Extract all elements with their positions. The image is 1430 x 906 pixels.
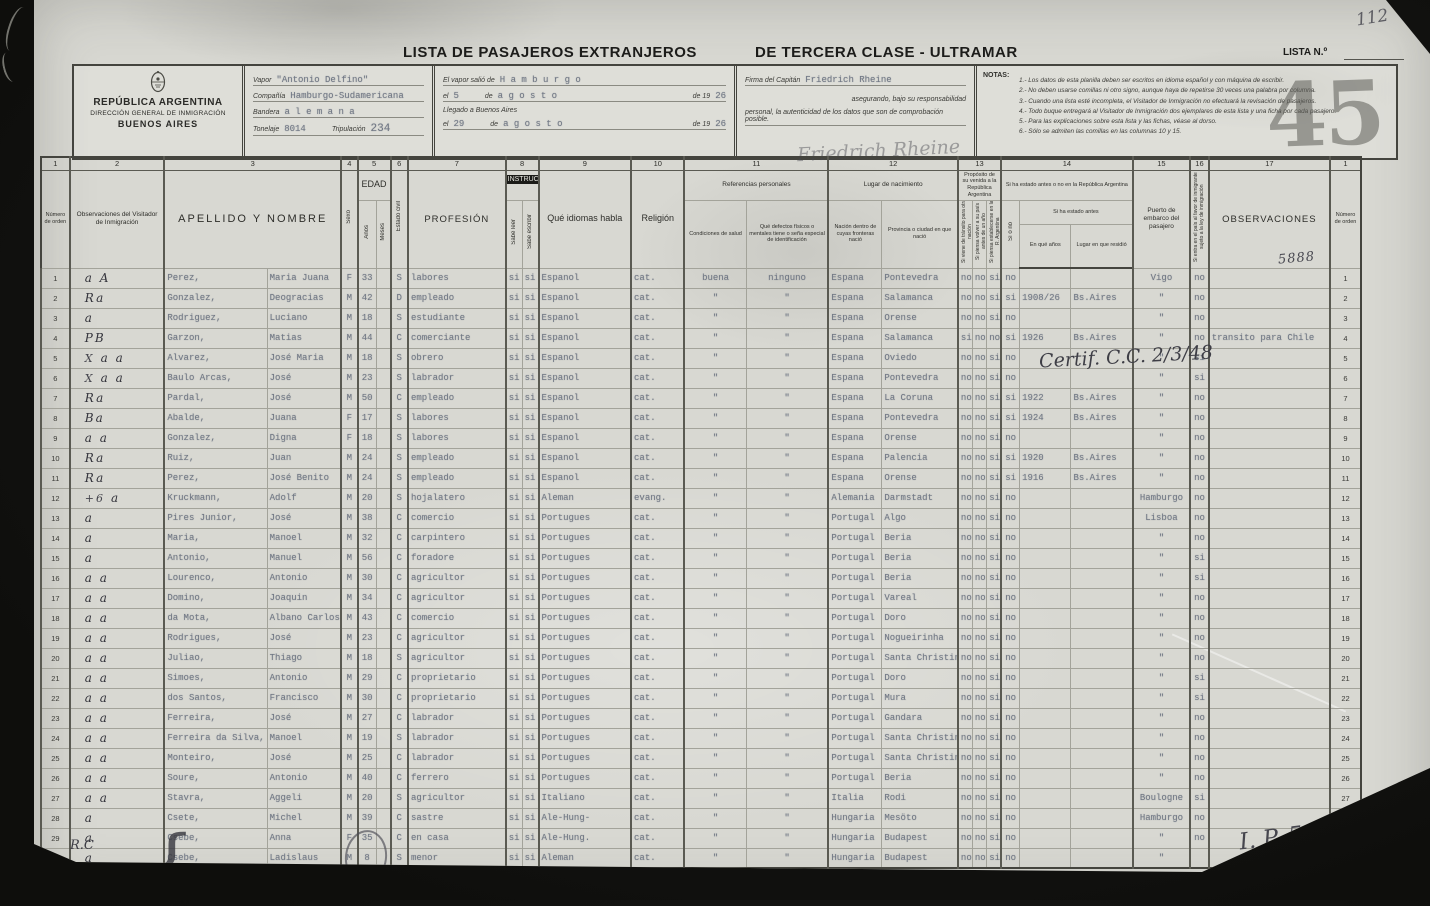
cell-hl: " bbox=[684, 768, 746, 788]
order-number: 8 bbox=[1330, 408, 1361, 428]
cell-pt: " bbox=[1133, 448, 1191, 468]
cell-mo bbox=[376, 328, 390, 348]
cell-ob bbox=[1209, 768, 1330, 788]
cell-hl: " bbox=[684, 748, 746, 768]
cell-im: no bbox=[1190, 508, 1209, 528]
cell-df: " bbox=[746, 448, 828, 468]
header-nacion: Nación dentro de cuyas fronteras nació bbox=[828, 200, 881, 268]
cell-ld: si bbox=[506, 768, 522, 788]
cell-lu: Bs.Aires bbox=[1071, 288, 1133, 308]
cell-gn: Antonio bbox=[267, 568, 341, 588]
cell-wr: si bbox=[522, 608, 538, 628]
cell-sn: Antonio, bbox=[164, 548, 267, 568]
cell-yr: 34 bbox=[358, 588, 377, 608]
cell-df: " bbox=[746, 368, 828, 388]
cell-pv: Budapest bbox=[882, 848, 958, 868]
cell-ob bbox=[1209, 848, 1330, 868]
visitor-premark: X bbox=[85, 352, 95, 365]
visitor-mark: a A bbox=[70, 268, 165, 288]
cell-pt: " bbox=[1133, 288, 1191, 308]
cell-pf: proprietario bbox=[408, 688, 506, 708]
cell-ya: 1908/26 bbox=[1020, 288, 1071, 308]
cell-wr: si bbox=[522, 448, 538, 468]
cell-ld: si bbox=[506, 528, 522, 548]
document-title-bar: LISTA DE PASAJEROS EXTRANJEROS DE TERCER… bbox=[34, 44, 1430, 64]
cell-pt: " bbox=[1133, 568, 1191, 588]
cell-im: si bbox=[1190, 548, 1209, 568]
cell-pv: Santa Christina bbox=[882, 748, 958, 768]
cell-pf: sastre bbox=[408, 808, 506, 828]
cell-be: no bbox=[1001, 708, 1020, 728]
cell-p1: no bbox=[958, 588, 972, 608]
visitor-mark: Ra bbox=[70, 388, 165, 408]
bandera-label: Bandera bbox=[253, 109, 279, 116]
order-number: 11 bbox=[41, 468, 70, 488]
cell-ya bbox=[1020, 748, 1071, 768]
cell-wr: si bbox=[522, 348, 538, 368]
cell-ob bbox=[1209, 748, 1330, 768]
order-number: 22 bbox=[41, 688, 70, 708]
cell-wr: si bbox=[522, 308, 538, 328]
visitor-mark: a a bbox=[70, 668, 165, 688]
cell-df: " bbox=[746, 828, 828, 848]
cell-lg: Portugues bbox=[539, 608, 632, 628]
cell-pt: " bbox=[1133, 728, 1191, 748]
order-number: 14 bbox=[1330, 528, 1361, 548]
cell-hl: " bbox=[684, 428, 746, 448]
visitor-mark: Ba bbox=[70, 408, 165, 428]
order-number: 16 bbox=[1330, 568, 1361, 588]
cell-sn: Perez, bbox=[164, 468, 267, 488]
cell-df: " bbox=[746, 408, 828, 428]
cell-sx: M bbox=[341, 388, 357, 408]
cell-ob bbox=[1209, 548, 1330, 568]
cell-sn: Alvarez, bbox=[164, 348, 267, 368]
cell-be: si bbox=[1001, 408, 1020, 428]
cell-p2: no bbox=[972, 688, 986, 708]
cell-rl: cat. bbox=[631, 428, 684, 448]
header-transito: Si viene de tránsito para otra nación bbox=[958, 200, 972, 268]
order-number: 27 bbox=[41, 788, 70, 808]
order-number: 25 bbox=[1330, 748, 1361, 768]
cell-hl: " bbox=[684, 328, 746, 348]
cell-mo bbox=[376, 808, 390, 828]
cell-p2: no bbox=[972, 768, 986, 788]
cell-wr: si bbox=[522, 288, 538, 308]
cell-mo bbox=[376, 768, 390, 788]
order-number: 25 bbox=[41, 748, 70, 768]
cell-pt: " bbox=[1133, 628, 1191, 648]
cell-rl: evang. bbox=[631, 488, 684, 508]
cell-lu bbox=[1071, 608, 1133, 628]
cell-pf: proprietario bbox=[408, 668, 506, 688]
cell-p3: si bbox=[987, 528, 1001, 548]
cell-ld: si bbox=[506, 368, 522, 388]
title-right: DE TERCERA CLASE - ULTRAMAR bbox=[755, 44, 1018, 61]
cell-gn: Anna bbox=[267, 828, 341, 848]
cell-rl: cat. bbox=[631, 708, 684, 728]
cell-hl: " bbox=[684, 588, 746, 608]
cell-hl: " bbox=[684, 348, 746, 368]
cell-pt: " bbox=[1133, 768, 1191, 788]
cell-rl: cat. bbox=[631, 368, 684, 388]
cell-ya bbox=[1020, 648, 1071, 668]
cell-ob bbox=[1209, 728, 1330, 748]
passenger-row: 9a aGonzalez,DignaF18SlaboressisiEspanol… bbox=[41, 428, 1361, 448]
firma-label: Firma del Capitán bbox=[745, 77, 800, 84]
cell-sx: M bbox=[341, 648, 357, 668]
cell-lu bbox=[1071, 308, 1133, 328]
passenger-row: 26a aSoure,AntonioM40CferrerosisiPortugu… bbox=[41, 768, 1361, 788]
cell-gn: Antonio bbox=[267, 768, 341, 788]
cell-ob bbox=[1209, 628, 1330, 648]
cell-pt: " bbox=[1133, 368, 1191, 388]
cell-mo bbox=[376, 488, 390, 508]
cell-lu bbox=[1071, 368, 1133, 388]
de-label: de bbox=[485, 93, 493, 100]
salida-mes: a g o s t o bbox=[498, 91, 557, 101]
cell-pt: " bbox=[1133, 468, 1191, 488]
cell-p2: no bbox=[972, 668, 986, 688]
order-number: 30 bbox=[1330, 848, 1361, 868]
tonelaje-label: Tonelaje bbox=[253, 126, 279, 133]
header-anos: Años bbox=[358, 200, 377, 268]
cell-ld: si bbox=[506, 508, 522, 528]
cell-sn: Pires Junior, bbox=[164, 508, 267, 528]
cell-na: Espana bbox=[828, 328, 881, 348]
cell-lg: Espanol bbox=[539, 468, 632, 488]
cell-p1: no bbox=[958, 688, 972, 708]
cell-lg: Espanol bbox=[539, 288, 632, 308]
cell-sn: Domino, bbox=[164, 588, 267, 608]
cell-yr: 42 bbox=[358, 288, 377, 308]
passenger-row: 27a aStavra,AggeliM20SagricultorsisiItal… bbox=[41, 788, 1361, 808]
cell-lu bbox=[1071, 788, 1133, 808]
cell-pt: " bbox=[1133, 688, 1191, 708]
cell-wr: si bbox=[522, 728, 538, 748]
llegada-mes: a g o s t o bbox=[503, 119, 562, 129]
cell-ob bbox=[1209, 528, 1330, 548]
cell-im: no bbox=[1190, 308, 1209, 328]
cell-rl: cat. bbox=[631, 608, 684, 628]
cell-ya bbox=[1020, 688, 1071, 708]
cell-yr: 33 bbox=[358, 268, 377, 288]
cell-rl: cat. bbox=[631, 288, 684, 308]
cell-ya bbox=[1020, 668, 1071, 688]
header-apellido-nombre: APELLIDO Y NOMBRE bbox=[164, 170, 341, 268]
cell-be: si bbox=[1001, 288, 1020, 308]
cell-df: " bbox=[746, 748, 828, 768]
cell-ec: S bbox=[391, 468, 408, 488]
cell-sx: M bbox=[341, 588, 357, 608]
cell-ec: C bbox=[391, 508, 408, 528]
cell-wr: si bbox=[522, 388, 538, 408]
cell-lg: Espanol bbox=[539, 308, 632, 328]
cell-yr: 18 bbox=[358, 428, 377, 448]
cell-pt: Boulogne bbox=[1133, 788, 1191, 808]
passenger-row: 18a ada Mota,Albano CarlosM43Ccomerciosi… bbox=[41, 608, 1361, 628]
cell-be: no bbox=[1001, 568, 1020, 588]
cell-ob bbox=[1209, 388, 1330, 408]
cell-p2: no bbox=[972, 568, 986, 588]
cell-gn: Juan bbox=[267, 448, 341, 468]
cell-yr: 18 bbox=[358, 348, 377, 368]
cell-df: " bbox=[746, 628, 828, 648]
cell-be: si bbox=[1001, 388, 1020, 408]
cell-pt: " bbox=[1133, 548, 1191, 568]
order-number: 18 bbox=[41, 608, 70, 628]
cell-na: Espana bbox=[828, 448, 881, 468]
observaciones-scribble: 5888 bbox=[1277, 249, 1315, 267]
cell-p2: no bbox=[972, 408, 986, 428]
cell-ld: si bbox=[506, 848, 522, 868]
cell-lg: Ale-Hung- bbox=[539, 808, 632, 828]
cell-p1: no bbox=[958, 388, 972, 408]
cell-ld: si bbox=[506, 308, 522, 328]
cell-na: Hungaria bbox=[828, 848, 881, 868]
cell-p3: si bbox=[987, 268, 1001, 288]
form-header-boxes: REPÚBLICA ARGENTINA DIRECCIÓN GENERAL DE… bbox=[72, 64, 1398, 160]
cell-pt: " bbox=[1133, 708, 1191, 728]
cell-pt: Hamburgo bbox=[1133, 488, 1191, 508]
cell-hl: " bbox=[684, 388, 746, 408]
cell-ld: si bbox=[506, 408, 522, 428]
header-si-o-no: Sí o no bbox=[1001, 200, 1020, 268]
visitor-mark: a a bbox=[70, 708, 165, 728]
cell-p3: si bbox=[987, 348, 1001, 368]
cell-gn: Aggeli bbox=[267, 788, 341, 808]
cell-im: no bbox=[1190, 588, 1209, 608]
vapor-label: Vapor bbox=[253, 77, 271, 84]
cell-ld: si bbox=[506, 688, 522, 708]
cell-im: no bbox=[1190, 388, 1209, 408]
cell-be: no bbox=[1001, 768, 1020, 788]
cell-p2: no bbox=[972, 468, 986, 488]
cell-p1: no bbox=[958, 848, 972, 868]
cell-lu bbox=[1071, 668, 1133, 688]
order-number: 30 bbox=[41, 848, 70, 868]
cell-sx: M bbox=[341, 508, 357, 528]
cell-lg: Portugues bbox=[539, 528, 632, 548]
cell-lg: Portugues bbox=[539, 688, 632, 708]
cell-ob bbox=[1209, 488, 1330, 508]
cell-na: Espana bbox=[828, 308, 881, 328]
order-number: 17 bbox=[1330, 588, 1361, 608]
cell-ec: C bbox=[391, 568, 408, 588]
cell-lg: Portugues bbox=[539, 768, 632, 788]
cell-wr: si bbox=[522, 508, 538, 528]
cell-pf: empleado bbox=[408, 468, 506, 488]
visitor-mark: a bbox=[70, 308, 165, 328]
cell-sx: M bbox=[341, 748, 357, 768]
cell-ec: C bbox=[391, 828, 408, 848]
cell-ob bbox=[1209, 588, 1330, 608]
header-religion: Religión bbox=[631, 170, 684, 268]
visitor-mark: Xa a bbox=[70, 368, 165, 388]
cell-p1: no bbox=[958, 708, 972, 728]
cell-sn: Pardal, bbox=[164, 388, 267, 408]
cell-lu bbox=[1071, 568, 1133, 588]
cell-pv: Doro bbox=[882, 608, 958, 628]
cell-rl: cat. bbox=[631, 468, 684, 488]
cell-pv: Rodi bbox=[882, 788, 958, 808]
cell-gn: Manuel bbox=[267, 548, 341, 568]
order-number: 13 bbox=[1330, 508, 1361, 528]
cell-pf: labores bbox=[408, 268, 506, 288]
cell-sx: M bbox=[341, 768, 357, 788]
order-number: 9 bbox=[1330, 428, 1361, 448]
cell-pv: Pontevedra bbox=[882, 368, 958, 388]
cell-hl: " bbox=[684, 668, 746, 688]
cell-p2: no bbox=[972, 428, 986, 448]
cell-ob bbox=[1209, 448, 1330, 468]
cell-p3: si bbox=[987, 468, 1001, 488]
cell-df: " bbox=[746, 328, 828, 348]
cell-im: si bbox=[1190, 568, 1209, 588]
cell-na: Espana bbox=[828, 268, 881, 288]
cell-rl: cat. bbox=[631, 588, 684, 608]
cell-df: " bbox=[746, 728, 828, 748]
cell-ya bbox=[1020, 608, 1071, 628]
cell-sn: Ferreira da Silva, bbox=[164, 728, 267, 748]
cell-yr: 18 bbox=[358, 648, 377, 668]
cell-p2: no bbox=[972, 508, 986, 528]
cell-pf: agricultor bbox=[408, 588, 506, 608]
cell-be: no bbox=[1001, 268, 1020, 288]
cell-yr: 18 bbox=[358, 308, 377, 328]
cell-ec: C bbox=[391, 588, 408, 608]
order-number: 3 bbox=[1330, 308, 1361, 328]
visitor-mark: a bbox=[70, 548, 165, 568]
cell-wr: si bbox=[522, 328, 538, 348]
cell-sn: Monteiro, bbox=[164, 748, 267, 768]
cell-mo bbox=[376, 568, 390, 588]
order-number: 19 bbox=[1330, 628, 1361, 648]
order-number: 8 bbox=[41, 408, 70, 428]
cell-pf: labrador bbox=[408, 728, 506, 748]
cell-lg: Portugues bbox=[539, 668, 632, 688]
column-number-row: 1 2 3 4 5 6 7 8 9 10 11 12 13 14 15 16 1… bbox=[41, 157, 1361, 170]
cell-p3: si bbox=[987, 728, 1001, 748]
cell-hl: " bbox=[684, 848, 746, 868]
cell-ld: si bbox=[506, 748, 522, 768]
captain-clause-2: personal, la autenticidad de los datos q… bbox=[745, 109, 966, 126]
cell-im: no bbox=[1190, 528, 1209, 548]
passenger-row: 20a aJuliao,ThiagoM18SagricultorsisiPort… bbox=[41, 648, 1361, 668]
cell-be: no bbox=[1001, 848, 1020, 868]
passenger-row: 3aRodriguez,LucianoM18SestudiantesisiEsp… bbox=[41, 308, 1361, 328]
cell-gn: Luciano bbox=[267, 308, 341, 328]
cell-df: " bbox=[746, 588, 828, 608]
cell-p2: no bbox=[972, 828, 986, 848]
cell-ob bbox=[1209, 668, 1330, 688]
cell-pf: agricultor bbox=[408, 648, 506, 668]
cell-na: Portugal bbox=[828, 768, 881, 788]
cell-rl: cat. bbox=[631, 388, 684, 408]
cell-sx: M bbox=[341, 708, 357, 728]
header-en-que-anos: En qué años bbox=[1020, 224, 1071, 268]
cell-pf: labrador bbox=[408, 708, 506, 728]
cell-yr: 24 bbox=[358, 448, 377, 468]
header-ley-inmigracion: Si entra en el país al favor de inmigran… bbox=[1190, 170, 1209, 268]
cell-df: " bbox=[746, 548, 828, 568]
colnum: 3 bbox=[164, 157, 341, 170]
cell-ya bbox=[1020, 848, 1071, 868]
cell-ld: si bbox=[506, 568, 522, 588]
margin-scribble bbox=[1, 4, 32, 53]
passenger-row: 8BaAbalde,JuanaF17SlaboressisiEspanolcat… bbox=[41, 408, 1361, 428]
cell-sx: F bbox=[341, 408, 357, 428]
cell-ya bbox=[1020, 588, 1071, 608]
cell-p2: no bbox=[972, 548, 986, 568]
colnum: 16 bbox=[1190, 157, 1209, 170]
cell-be: no bbox=[1001, 688, 1020, 708]
cell-p3: si bbox=[987, 688, 1001, 708]
cell-p1: no bbox=[958, 428, 972, 448]
cell-na: Portugal bbox=[828, 708, 881, 728]
cell-ya bbox=[1020, 548, 1071, 568]
cell-pt: " bbox=[1133, 608, 1191, 628]
visitor-mark: a a bbox=[70, 608, 165, 628]
cell-pf: empleado bbox=[408, 288, 506, 308]
cell-ld: si bbox=[506, 268, 522, 288]
cell-ld: si bbox=[506, 788, 522, 808]
cell-sn: Perez, bbox=[164, 268, 267, 288]
cell-ec: S bbox=[391, 488, 408, 508]
header-provincia: Provincia o ciudad en que nació bbox=[882, 200, 958, 268]
cell-be: no bbox=[1001, 648, 1020, 668]
cell-ya bbox=[1020, 508, 1071, 528]
cell-sn: Stavra, bbox=[164, 788, 267, 808]
cell-ec: S bbox=[391, 408, 408, 428]
cell-pv: Beria bbox=[882, 768, 958, 788]
cell-lu: Bs.Aires bbox=[1071, 408, 1133, 428]
cell-be: no bbox=[1001, 488, 1020, 508]
cell-sx: M bbox=[341, 548, 357, 568]
cell-df: " bbox=[746, 488, 828, 508]
cell-na: Italia bbox=[828, 788, 881, 808]
cell-be: no bbox=[1001, 308, 1020, 328]
cell-sx: M bbox=[341, 688, 357, 708]
cell-pt: " bbox=[1133, 848, 1191, 868]
cell-wr: si bbox=[522, 548, 538, 568]
order-number: 14 bbox=[41, 528, 70, 548]
cell-p1: no bbox=[958, 648, 972, 668]
cell-sx: M bbox=[341, 308, 357, 328]
cell-im: no bbox=[1190, 828, 1209, 848]
cell-lg: Portugues bbox=[539, 628, 632, 648]
cell-rl: cat. bbox=[631, 268, 684, 288]
cell-lg: Espanol bbox=[539, 448, 632, 468]
cell-pv: Salamanca bbox=[882, 328, 958, 348]
cell-yr: 43 bbox=[358, 608, 377, 628]
cell-mo bbox=[376, 408, 390, 428]
order-number: 29 bbox=[1330, 828, 1361, 848]
cell-ec: C bbox=[391, 628, 408, 648]
header-defectos: Qué defectos físicos o mentales tiene o … bbox=[746, 200, 828, 268]
cell-p3: si bbox=[987, 408, 1001, 428]
cell-ld: si bbox=[506, 728, 522, 748]
order-number: 19 bbox=[41, 628, 70, 648]
cell-ld: si bbox=[506, 608, 522, 628]
header-condiciones-salud: Condiciones de salud bbox=[684, 200, 746, 268]
cell-ob bbox=[1209, 268, 1330, 288]
order-number: 5 bbox=[41, 348, 70, 368]
cell-rl: cat. bbox=[631, 548, 684, 568]
passenger-row: 13aPires Junior,JoséM38CcomerciosisiPort… bbox=[41, 508, 1361, 528]
cell-be: no bbox=[1001, 508, 1020, 528]
cell-rl: cat. bbox=[631, 508, 684, 528]
